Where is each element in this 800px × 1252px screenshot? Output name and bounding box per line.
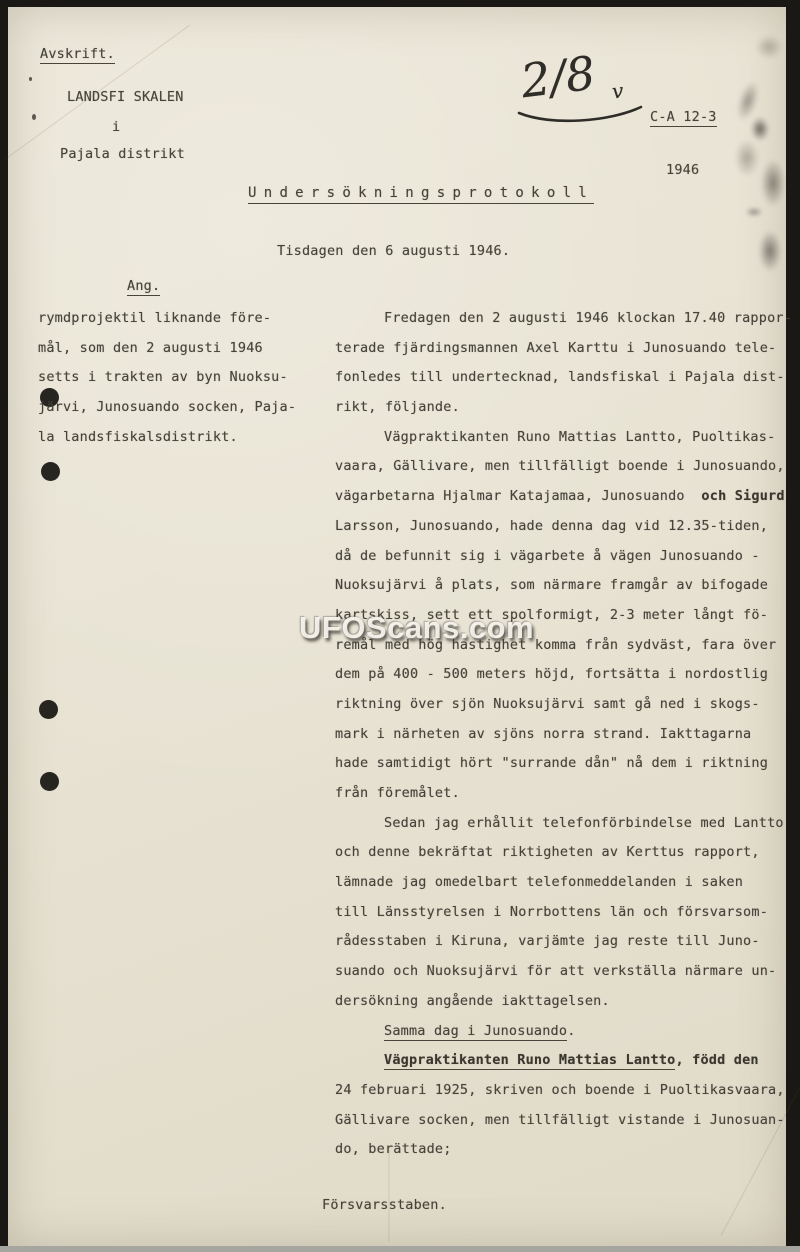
typed-line: la landsfiskalsdistrikt. [38,423,318,453]
typed-line: Gällivare socken, men tillfälligt vistan… [335,1106,790,1136]
typed-line: Fredagen den 2 augusti 1946 klockan 17.4… [335,304,790,334]
typed-line: mål, som den 2 augusti 1946 [38,334,318,364]
typed-line: och denne bekräftat riktigheten av Kertt… [335,838,790,868]
typed-line: suando och Nuoksujärvi för att verkställ… [335,957,790,987]
typed-line: hade samtidigt hört "surrande dån" nå de… [335,749,790,779]
typed-line: Vägpraktikanten Runo Mattias Lantto, föd… [335,1046,790,1076]
subject-lines: rymdprojektil liknande före-mål, som den… [38,304,318,452]
typed-line: vaara, Gällivare, men tillfälligt boende… [335,452,790,482]
subject-label: Ang. [127,278,160,294]
typed-line: setts i trakten av byn Nuoksu- [38,363,318,393]
watermark: UFOScans.com [299,610,534,646]
handwritten-underline [513,100,647,128]
copy-label: Avskrift. [40,46,115,62]
letterhead-line-3: Pajala distrikt [60,146,185,162]
typed-line: riktning över sjön Nuoksujärvi samt gå n… [335,690,790,720]
typed-line: terade fjärdingsmannen Axel Karttu i Jun… [335,334,790,364]
body-column: Fredagen den 2 augusti 1946 klockan 17.4… [335,304,790,1165]
paper-speck [29,77,32,81]
typed-line: då de befunnit sig i vägarbete å vägen J… [335,542,790,572]
typed-line: Vägpraktikanten Runo Mattias Lantto, Puo… [335,423,790,453]
footer-org-line: Försvarsstaben. [322,1197,447,1213]
typed-line: fonledes till undertecknad, landsfiskal … [335,363,790,393]
handwritten-date-mark: 2/8 [518,46,598,109]
typed-line: 24 februari 1925, skriven och boende i P… [335,1076,790,1106]
punch-hole [41,462,60,481]
ink-smudge [756,150,790,216]
copy-label-text: Avskrift. [40,46,115,64]
scanned-document-screenshot: { "document": { "copy_label": "Avskrift.… [0,0,800,1252]
subject-label-text: Ang. [127,278,160,296]
letterhead-line-2: i [112,119,120,135]
typed-line: dem på 400 - 500 meters höjd, fortsätta … [335,660,790,690]
typed-line: från föremålet. [335,779,790,809]
typed-line: järvi, Junosuando socken, Paja- [38,393,318,423]
scan-edge-strip [0,1246,800,1252]
reference-number-block: C-A 12-3 1946 [650,77,717,194]
handwritten-check-mark: v [611,78,625,103]
typed-line: vägarbetarna Hjalmar Katajamaa, Junosuan… [335,482,790,512]
typed-line: rådesstaben i Kiruna, varjämte jag reste… [335,927,790,957]
punch-hole [40,772,59,791]
typed-line: Larsson, Junosuando, hade denna dag vid … [335,512,790,542]
reference-number: C-A 12-3 [650,109,717,127]
typed-line: mark i närheten av sjöns norra strand. I… [335,720,790,750]
ink-smudge [754,222,786,280]
typed-line: Nuoksujärvi å plats, som närmare framgår… [335,571,790,601]
paper-speck [32,114,36,120]
typed-line: do, berättade; [335,1135,790,1165]
punch-hole [39,700,58,719]
ink-smudge [750,30,788,64]
letterhead-line-1: LANDSFI SKALEN [67,89,184,105]
document-title: Undersökningsprotokoll [248,185,594,204]
typed-line: lämnade jag omedelbart telefonmeddelande… [335,868,790,898]
typed-line: rikt, följande. [335,393,790,423]
reference-year: 1946 [650,162,717,178]
typed-line: Sedan jag erhållit telefonförbindelse me… [335,809,790,839]
typed-line: Samma dag i Junosuando. [335,1017,790,1047]
ink-smudge [742,206,766,218]
typed-line: rymdprojektil liknande före- [38,304,318,334]
typed-line: till Länsstyrelsen i Norrbottens län och… [335,898,790,928]
document-date-line: Tisdagen den 6 augusti 1946. [277,243,510,259]
typed-line: dersökning angående iakttagelsen. [335,987,790,1017]
